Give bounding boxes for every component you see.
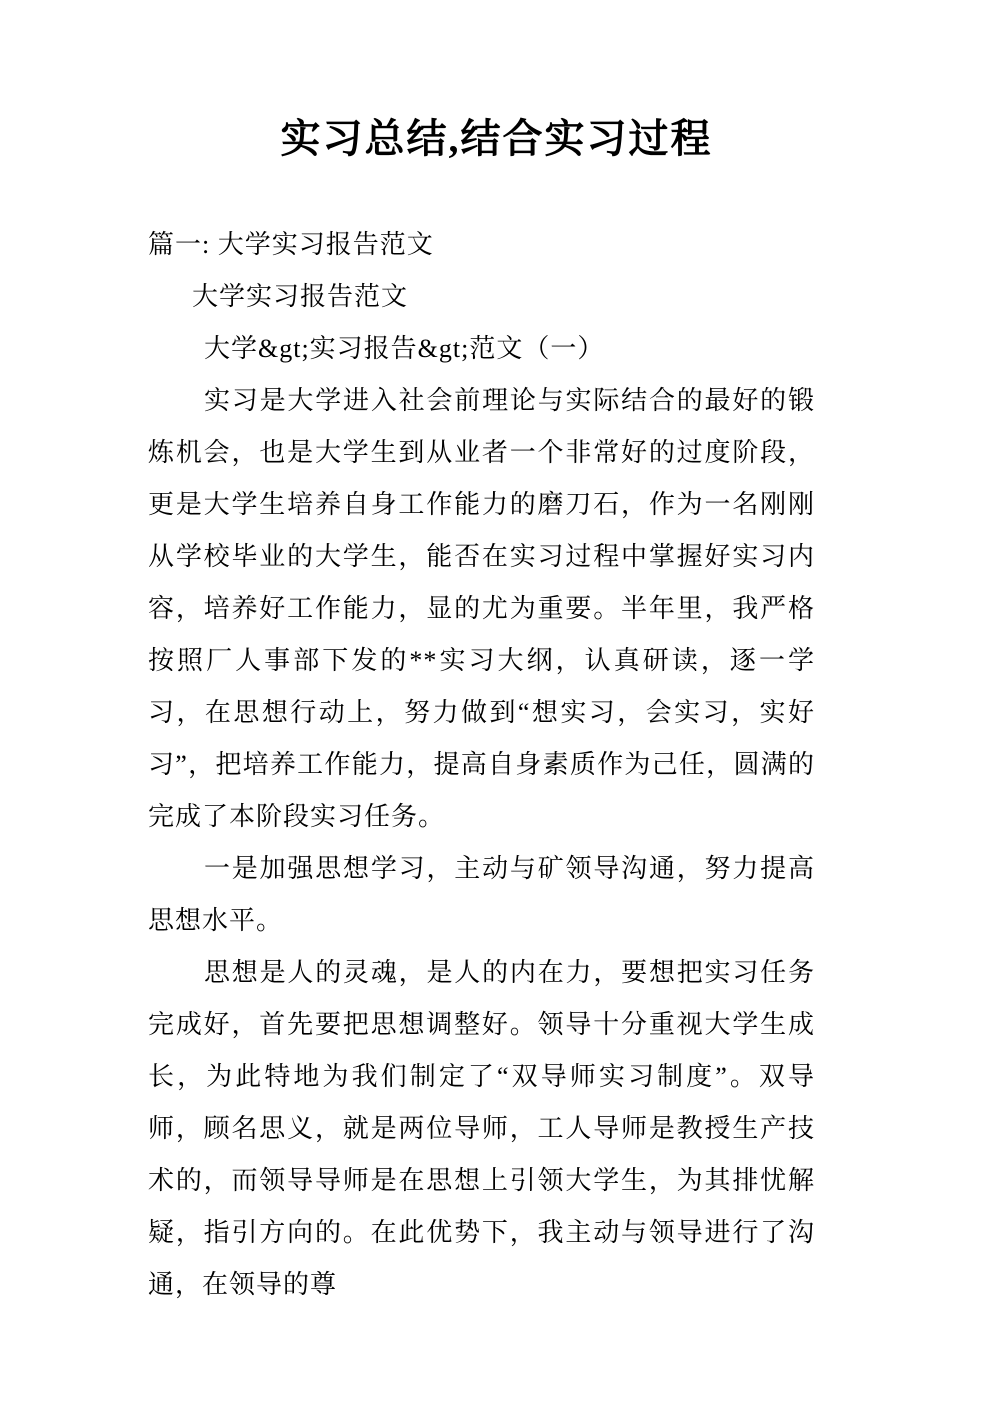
paragraph-section-heading: 篇一: 大学实习报告范文 — [148, 219, 815, 271]
document-body: 篇一: 大学实习报告范文 大学实习报告范文 大学&gt;实习报告&gt;范文（一… — [148, 219, 815, 1311]
document-title: 实习总结,结合实习过程 — [0, 0, 993, 164]
paragraph-body-3: 思想是人的灵魂，是人的内在力，要想把实习任务完成好，首先要把思想调整好。领导十分… — [148, 947, 815, 1311]
paragraph-subheading-2: 大学&gt;实习报告&gt;范文（一） — [148, 323, 815, 375]
document-page: 实习总结,结合实习过程 篇一: 大学实习报告范文 大学实习报告范文 大学&gt;… — [0, 0, 993, 1404]
paragraph-body-1: 实习是大学进入社会前理论与实际结合的最好的锻炼机会，也是大学生到从业者一个非常好… — [148, 375, 815, 843]
paragraph-body-2: 一是加强思想学习，主动与矿领导沟通，努力提高思想水平。 — [148, 843, 815, 947]
paragraph-subheading-1: 大学实习报告范文 — [148, 271, 815, 323]
